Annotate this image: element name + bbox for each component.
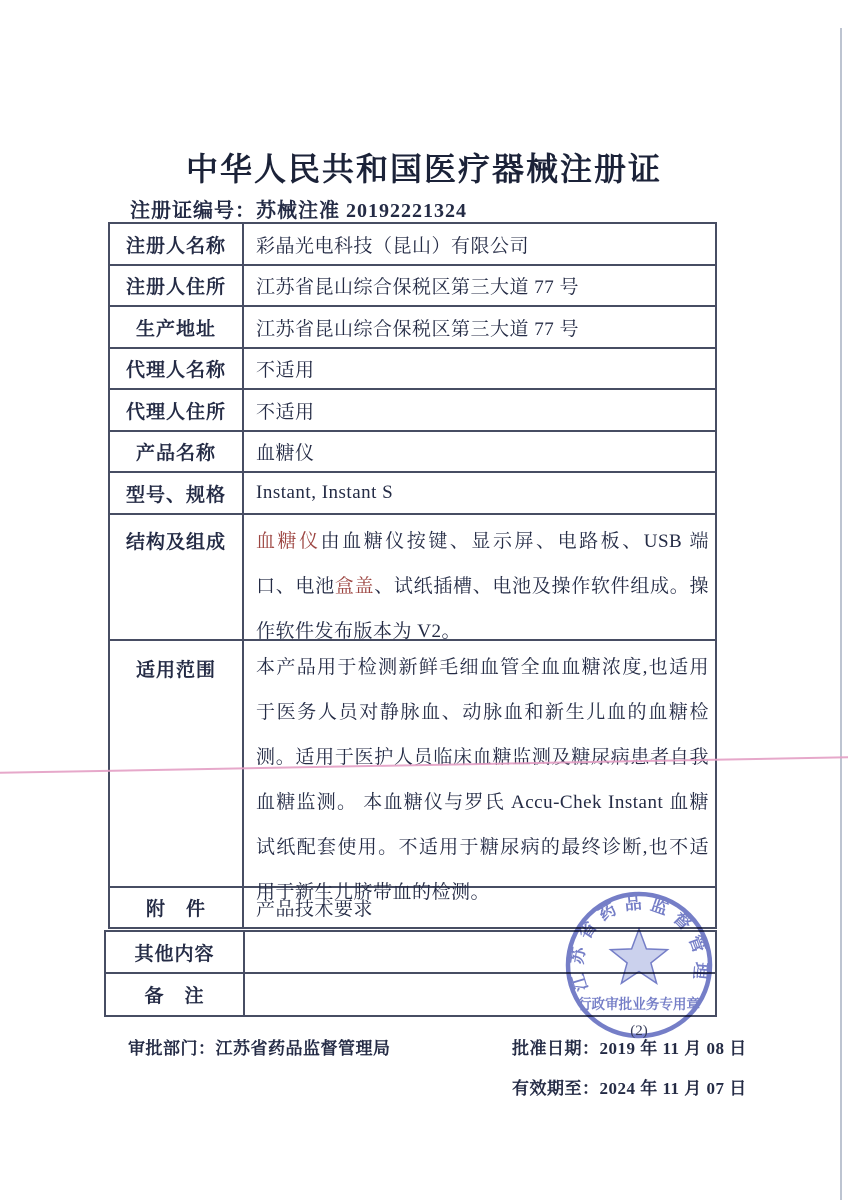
table-row-model-spec: 型号、规格 Instant, Instant S — [110, 473, 715, 515]
certificate-main-table: 注册人名称 彩晶光电科技（昆山）有限公司 注册人住所 江苏省昆山综合保税区第三大… — [108, 222, 717, 929]
seal-bottom-text: 行政审批业务专用章 — [578, 996, 700, 1013]
row-label: 注册人住所 — [110, 266, 244, 305]
table-row-agent-name: 代理人名称 不适用 — [110, 349, 715, 390]
row-value: 不适用 — [244, 349, 715, 388]
registration-number-value: 苏械注准 20192221324 — [256, 200, 467, 222]
row-label: 型号、规格 — [110, 473, 244, 513]
table-row-product-name: 产品名称 血糖仪 — [110, 432, 715, 473]
seal-star-icon — [611, 929, 668, 983]
row-label: 代理人住所 — [110, 390, 244, 430]
row-label: 产品名称 — [110, 432, 244, 471]
row-value: 血糖仪由血糖仪按键、显示屏、电路板、USB 端口、电池盒盖、试纸插槽、电池及操作… — [244, 515, 715, 639]
row-label: 备 注 — [106, 974, 245, 1015]
row-value: 彩晶光电科技（昆山）有限公司 — [244, 224, 715, 264]
page-title: 中华人民共和国医疗器械注册证 — [0, 144, 848, 190]
table-row-registrant-address: 注册人住所 江苏省昆山综合保税区第三大道 77 号 — [110, 266, 715, 307]
structure-red-text-2: 盒盖 — [335, 576, 374, 597]
row-label: 适用范围 — [110, 641, 244, 886]
row-value: 血糖仪 — [244, 432, 715, 471]
row-label: 结构及组成 — [110, 515, 244, 639]
row-value: 江苏省昆山综合保税区第三大道 77 号 — [244, 266, 715, 305]
structure-red-text-1: 血糖仪 — [256, 531, 321, 552]
valid-until-date: 有效期至：2024 年 11 月 07 日 — [512, 1074, 747, 1099]
table-row-production-address: 生产地址 江苏省昆山综合保税区第三大道 77 号 — [110, 307, 715, 349]
approval-date: 批准日期：2019 年 11 月 08 日 — [512, 1034, 747, 1059]
row-value: 不适用 — [244, 390, 715, 430]
row-label: 生产地址 — [110, 307, 244, 347]
approval-department: 审批部门：江苏省药品监督管理局 — [128, 1034, 391, 1059]
registration-number: 注册证编号：苏械注准 20192221324 — [130, 194, 467, 223]
scan-edge-artifact — [840, 28, 842, 1200]
table-row-registrant-name: 注册人名称 彩晶光电科技（昆山）有限公司 — [110, 224, 715, 266]
registration-number-label: 注册证编号： — [130, 200, 256, 222]
table-row-agent-address: 代理人住所 不适用 — [110, 390, 715, 432]
row-label: 代理人名称 — [110, 349, 244, 388]
row-label: 附 件 — [110, 888, 244, 927]
row-label: 其他内容 — [106, 932, 245, 972]
row-value: Instant, Instant S — [244, 473, 715, 513]
certificate-page: 中华人民共和国医疗器械注册证 注册证编号：苏械注准 20192221324 注册… — [0, 0, 848, 1200]
row-value: 江苏省昆山综合保税区第三大道 77 号 — [244, 307, 715, 347]
table-row-structure: 结构及组成 血糖仪由血糖仪按键、显示屏、电路板、USB 端口、电池盒盖、试纸插槽… — [110, 515, 715, 641]
official-seal: 江苏省药品监督管理局 行政审批业务专用章 (2) — [553, 883, 725, 1055]
row-label: 注册人名称 — [110, 224, 244, 264]
